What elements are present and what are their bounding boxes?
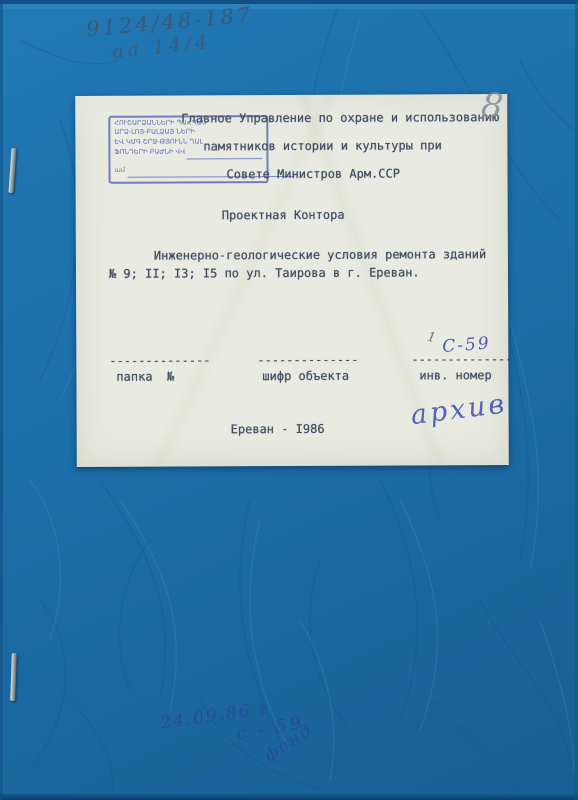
cover-bottom-edge	[0, 794, 578, 800]
document-title-line1: Инженерно-геологические условия ремонта …	[154, 247, 486, 262]
folder-number-label: папка №	[116, 370, 174, 384]
object-code-label: шифр объекта	[262, 369, 349, 383]
archive-handwritten-note: архив	[409, 388, 509, 431]
header-line2: памятников истории и культуры при	[203, 138, 441, 153]
pencil-tick-mark: 1	[426, 330, 437, 346]
cover-top-highlight	[0, 4, 578, 9]
header-line3: Совете Министров Арм.ССР	[227, 167, 400, 182]
object-code-blank-line: --------------	[257, 353, 358, 367]
cover-left-edge	[0, 0, 3, 800]
title-label-paper: ՀՈՒՇԱՐՁԱՆՆԵՐԻ ՊԱՀՊԱՆ ԱՐՁ-ԼՈՅ-ԲԱԼՁԱՅ ՆԵՐԻ…	[75, 94, 509, 467]
document-title-line2: № 9; II; I3; I5 по ул. Таирова в г. Ерев…	[109, 265, 420, 280]
stamp-text-line5: ամ	[115, 167, 125, 174]
stamp-text-line2: ԱՐՁ-ԼՈՅ-ԲԱԼՁԱՅ ՆԵՐԻ	[114, 128, 194, 136]
inventory-number-label: инв. номер	[419, 368, 491, 382]
city-year-line: Ереван - I986	[231, 422, 325, 436]
organization-name: Проектная Контора	[222, 208, 345, 223]
folder-number-blank-line: --------------	[109, 353, 210, 367]
header-line1: Главное Управление по охране и использов…	[181, 110, 499, 125]
folder-cover: 9124/48-187 аа 14/4 ՀՈՒՇԱՐՁԱՆՆԵՐԻ ՊԱՀՊԱՆ…	[0, 0, 578, 800]
stamp-blank-line-1	[186, 158, 262, 159]
stamp-text-line3: ԵՎ ԿՄԳ ՇՐՋ-ԹՅՈՒՆՆ ՂԱԼ	[114, 138, 203, 146]
pencil-page-number: 8	[479, 85, 505, 127]
stamp-text-line4: ՖՈՆԴԵՐԻ ԲԱԺՆԻ ՎՎ	[114, 148, 185, 156]
inventory-number-blank-line: --------------	[411, 352, 512, 366]
